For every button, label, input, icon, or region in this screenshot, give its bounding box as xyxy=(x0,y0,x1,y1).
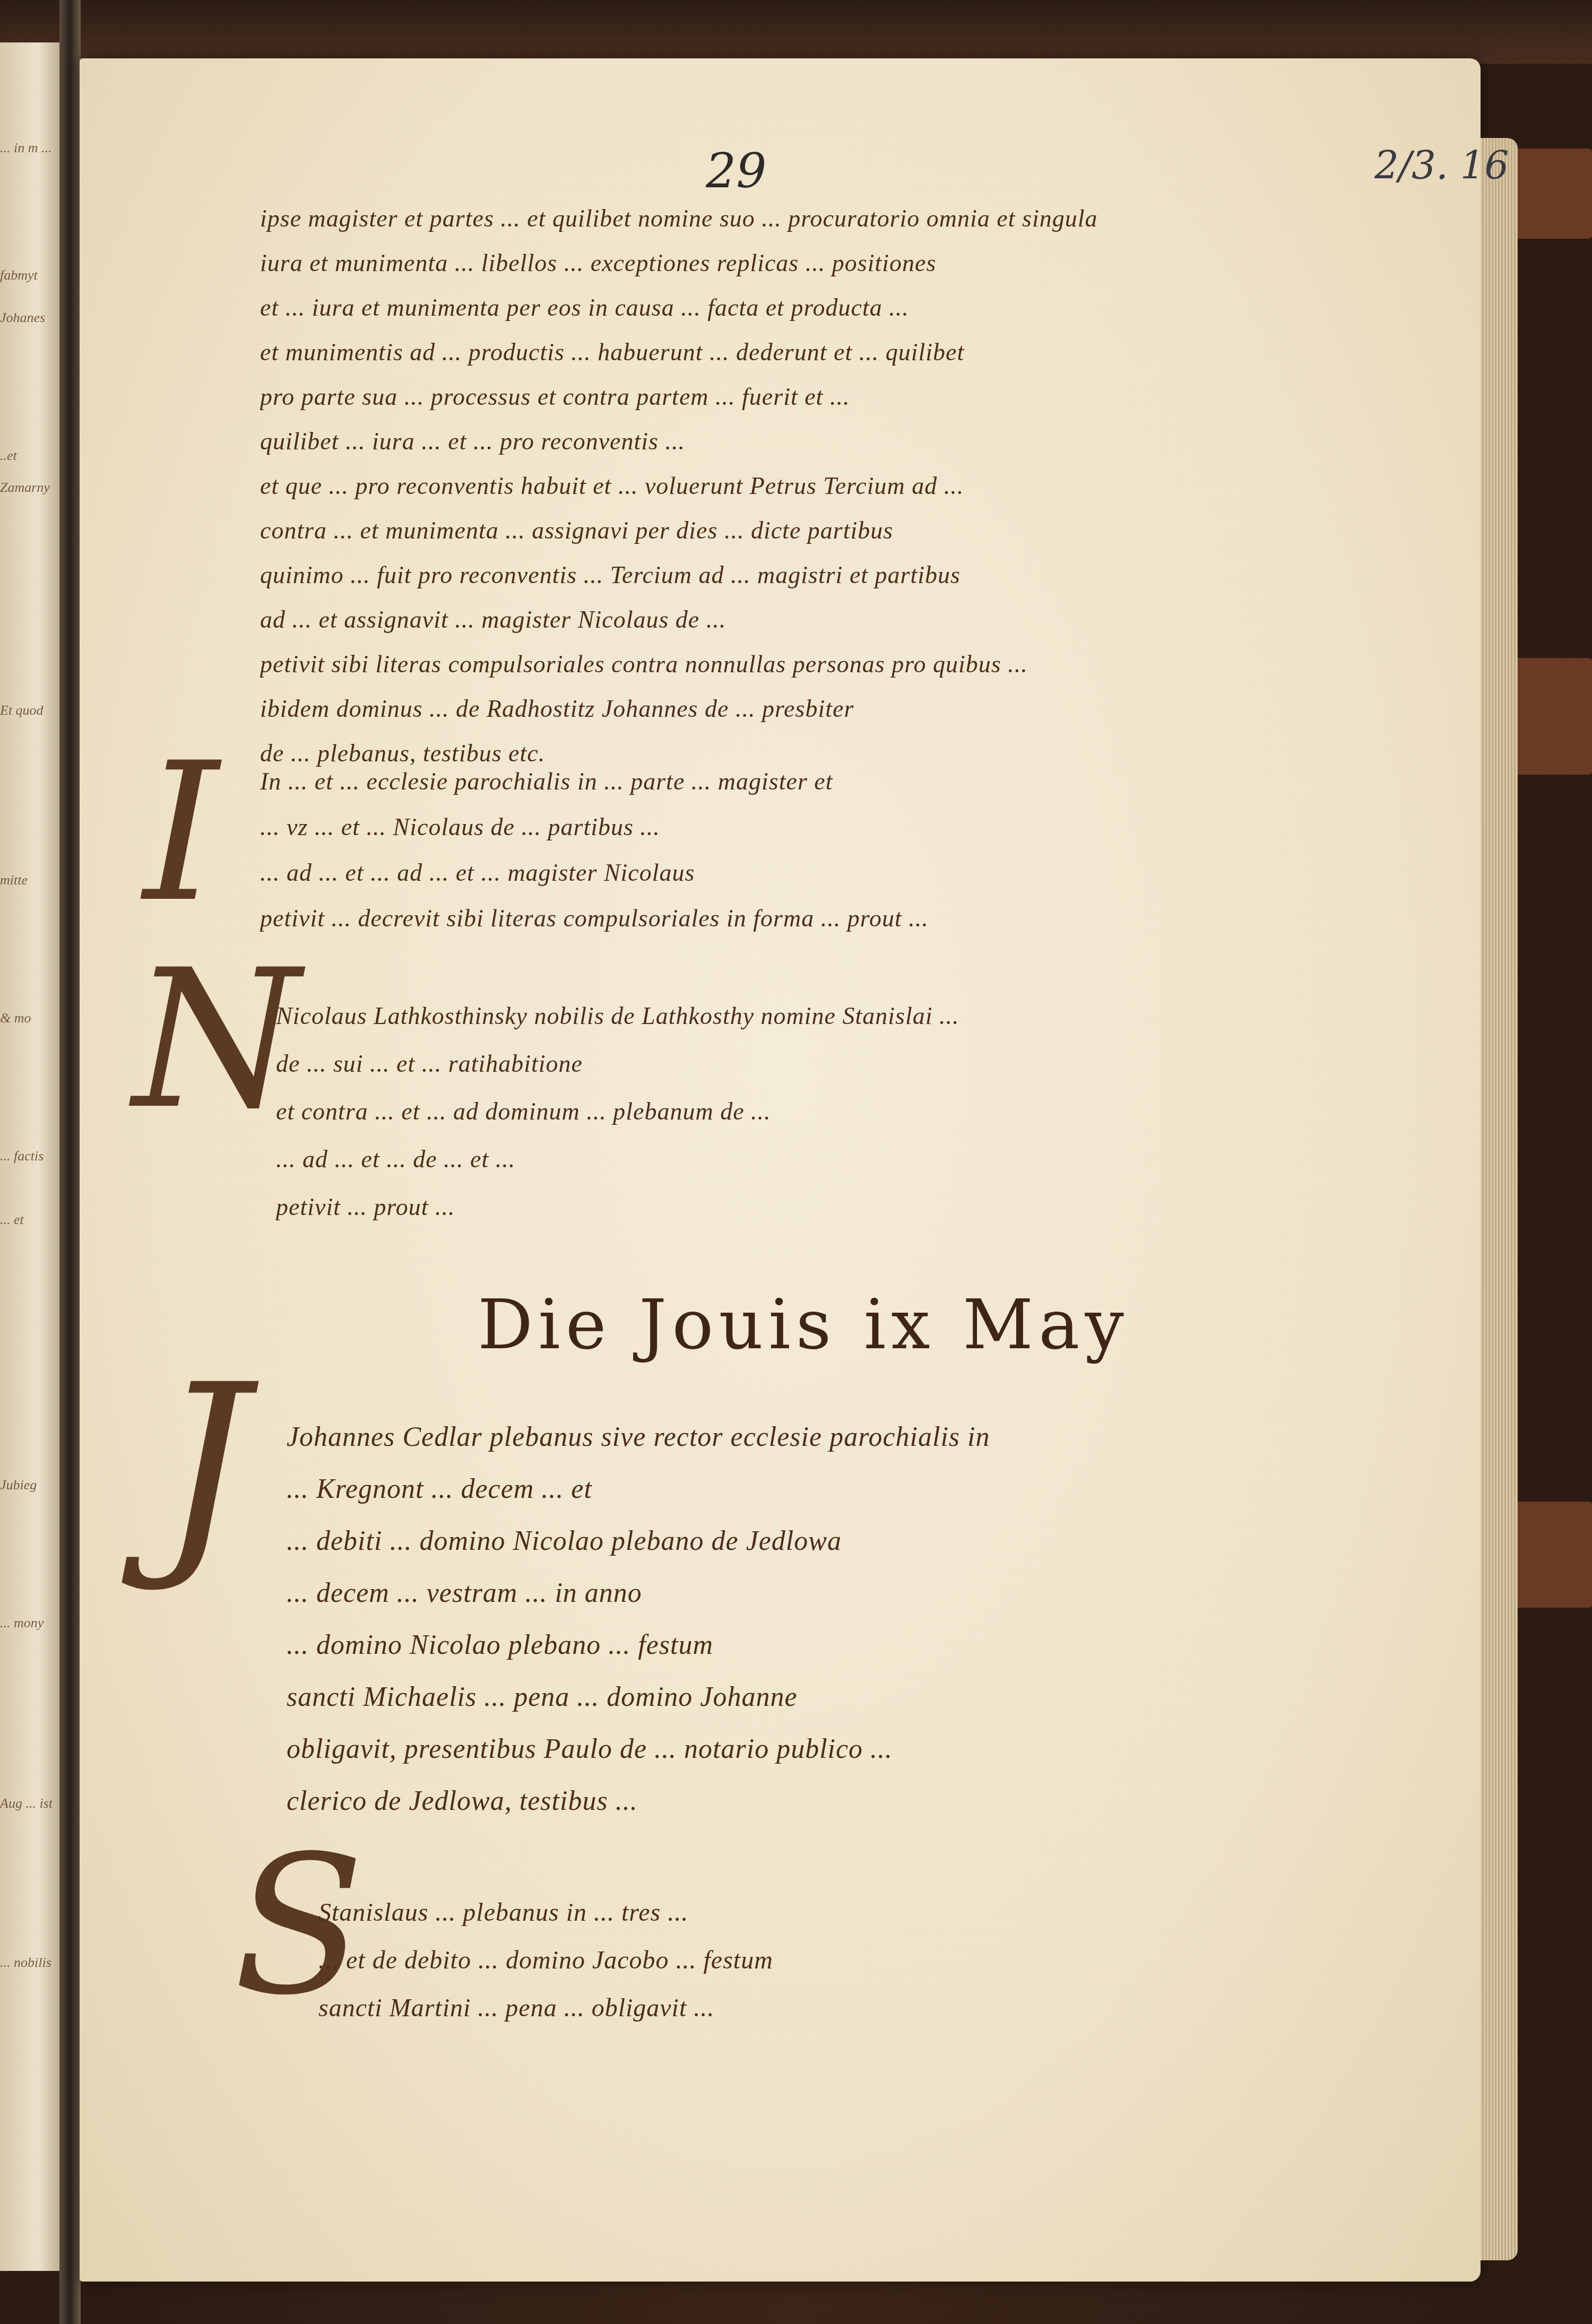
margin-note: Jubieg xyxy=(0,1475,58,1495)
margin-note: ... in m ... xyxy=(0,138,58,158)
text-line: quinimo ... fuit pro reconventis ... Ter… xyxy=(260,553,1417,597)
margin-note: & mo xyxy=(0,1008,58,1028)
text-line: Stanislaus ... plebanus in ... tres ... xyxy=(318,1889,1406,1937)
text-line: ipse magister et partes ... et quilibet … xyxy=(260,196,1417,241)
leather-cover-top xyxy=(0,0,1592,64)
margin-note: Et quod xyxy=(0,700,58,721)
entry-paragraph: Johannes Cedlar plebanus sive rector ecc… xyxy=(287,1411,1401,1827)
text-line: sancti Michaelis ... pena ... domino Joh… xyxy=(287,1671,1401,1723)
decorated-initial: J xyxy=(159,1337,248,1597)
margin-note: ... factis xyxy=(0,1146,58,1166)
text-line: Johannes Cedlar plebanus sive rector ecc… xyxy=(287,1411,1401,1463)
text-line: ad ... et assignavit ... magister Nicola… xyxy=(260,597,1417,642)
text-line: et munimentis ad ... productis ... habue… xyxy=(260,330,1417,375)
text-line: ... ad ... et ... de ... et ... xyxy=(276,1135,1417,1183)
text-line: ... ad ... et ... ad ... et ... magister… xyxy=(260,850,1417,896)
text-line: ... domino Nicolao plebano ... festum xyxy=(287,1619,1401,1671)
margin-note: Johanes xyxy=(0,308,58,328)
facing-page-edge: ... in m ... fabmyt Johanes ..et Zamarny… xyxy=(0,42,64,2271)
decorated-initial: I xyxy=(143,722,219,944)
margin-note: ... mony xyxy=(0,1613,58,1633)
entry-continuation: ipse magister et partes ... et quilibet … xyxy=(260,196,1417,776)
text-line: ibidem dominus ... de Radhostitz Johanne… xyxy=(260,687,1417,731)
archive-foliation: 2/3. 16 xyxy=(1374,143,1509,188)
text-line: ... decem ... vestram ... in anno xyxy=(287,1567,1401,1619)
text-line: de ... sui ... et ... ratihabitione xyxy=(276,1040,1417,1088)
page-stack-edge xyxy=(1481,138,1518,2260)
entry-paragraph: Nicolaus Lathkosthinsky nobilis de Lathk… xyxy=(276,992,1417,1231)
text-line: quilibet ... iura ... et ... pro reconve… xyxy=(260,419,1417,464)
text-line: In ... et ... ecclesie parochialis in ..… xyxy=(260,759,1417,804)
text-line: ... debiti ... domino Nicolao plebano de… xyxy=(287,1515,1401,1567)
entry-paragraph: Stanislaus ... plebanus in ... tres ... … xyxy=(318,1889,1406,2032)
text-line: ... vz ... et ... Nicolaus de ... partib… xyxy=(260,804,1417,850)
text-line: iura et munimenta ... libellos ... excep… xyxy=(260,241,1417,285)
text-line: petivit ... prout ... xyxy=(276,1183,1417,1231)
text-line: obligavit, presentibus Paulo de ... nota… xyxy=(287,1723,1401,1775)
text-line: clerico de Jedlowa, testibus ... xyxy=(287,1775,1401,1827)
margin-note: Zamarny xyxy=(0,478,58,498)
text-line: et ... iura et munimenta per eos in caus… xyxy=(260,285,1417,330)
entry-paragraph: In ... et ... ecclesie parochialis in ..… xyxy=(260,759,1417,941)
text-line: Nicolaus Lathkosthinsky nobilis de Lathk… xyxy=(276,992,1417,1040)
text-line: petivit ... decrevit sibi literas compul… xyxy=(260,896,1417,941)
margin-note: ..et xyxy=(0,446,58,466)
margin-note: ... et xyxy=(0,1210,58,1230)
text-line: petivit sibi literas compulsoriales cont… xyxy=(260,642,1417,687)
margin-note: mitte xyxy=(0,870,58,890)
book-gutter xyxy=(59,0,81,2324)
text-line: sancti Martini ... pena ... obligavit ..… xyxy=(318,1984,1406,2032)
folio-number: 29 xyxy=(706,143,767,199)
text-line: ... et de debito ... domino Jacobo ... f… xyxy=(318,1937,1406,1984)
decorated-initial: N xyxy=(133,929,300,1151)
text-line: contra ... et munimenta ... assignavi pe… xyxy=(260,508,1417,553)
text-line: pro parte sua ... processus et contra pa… xyxy=(260,375,1417,419)
text-line: et contra ... et ... ad dominum ... pleb… xyxy=(276,1088,1417,1135)
date-heading: Die Jouis ix May xyxy=(478,1284,1129,1365)
text-line: et que ... pro reconventis habuit et ...… xyxy=(260,464,1417,508)
text-line: ... Kregnont ... decem ... et xyxy=(287,1463,1401,1515)
margin-note: fabmyt xyxy=(0,265,58,285)
margin-note: Aug ... ist xyxy=(0,1793,58,1814)
margin-note: ... nobilis xyxy=(0,1953,58,1973)
